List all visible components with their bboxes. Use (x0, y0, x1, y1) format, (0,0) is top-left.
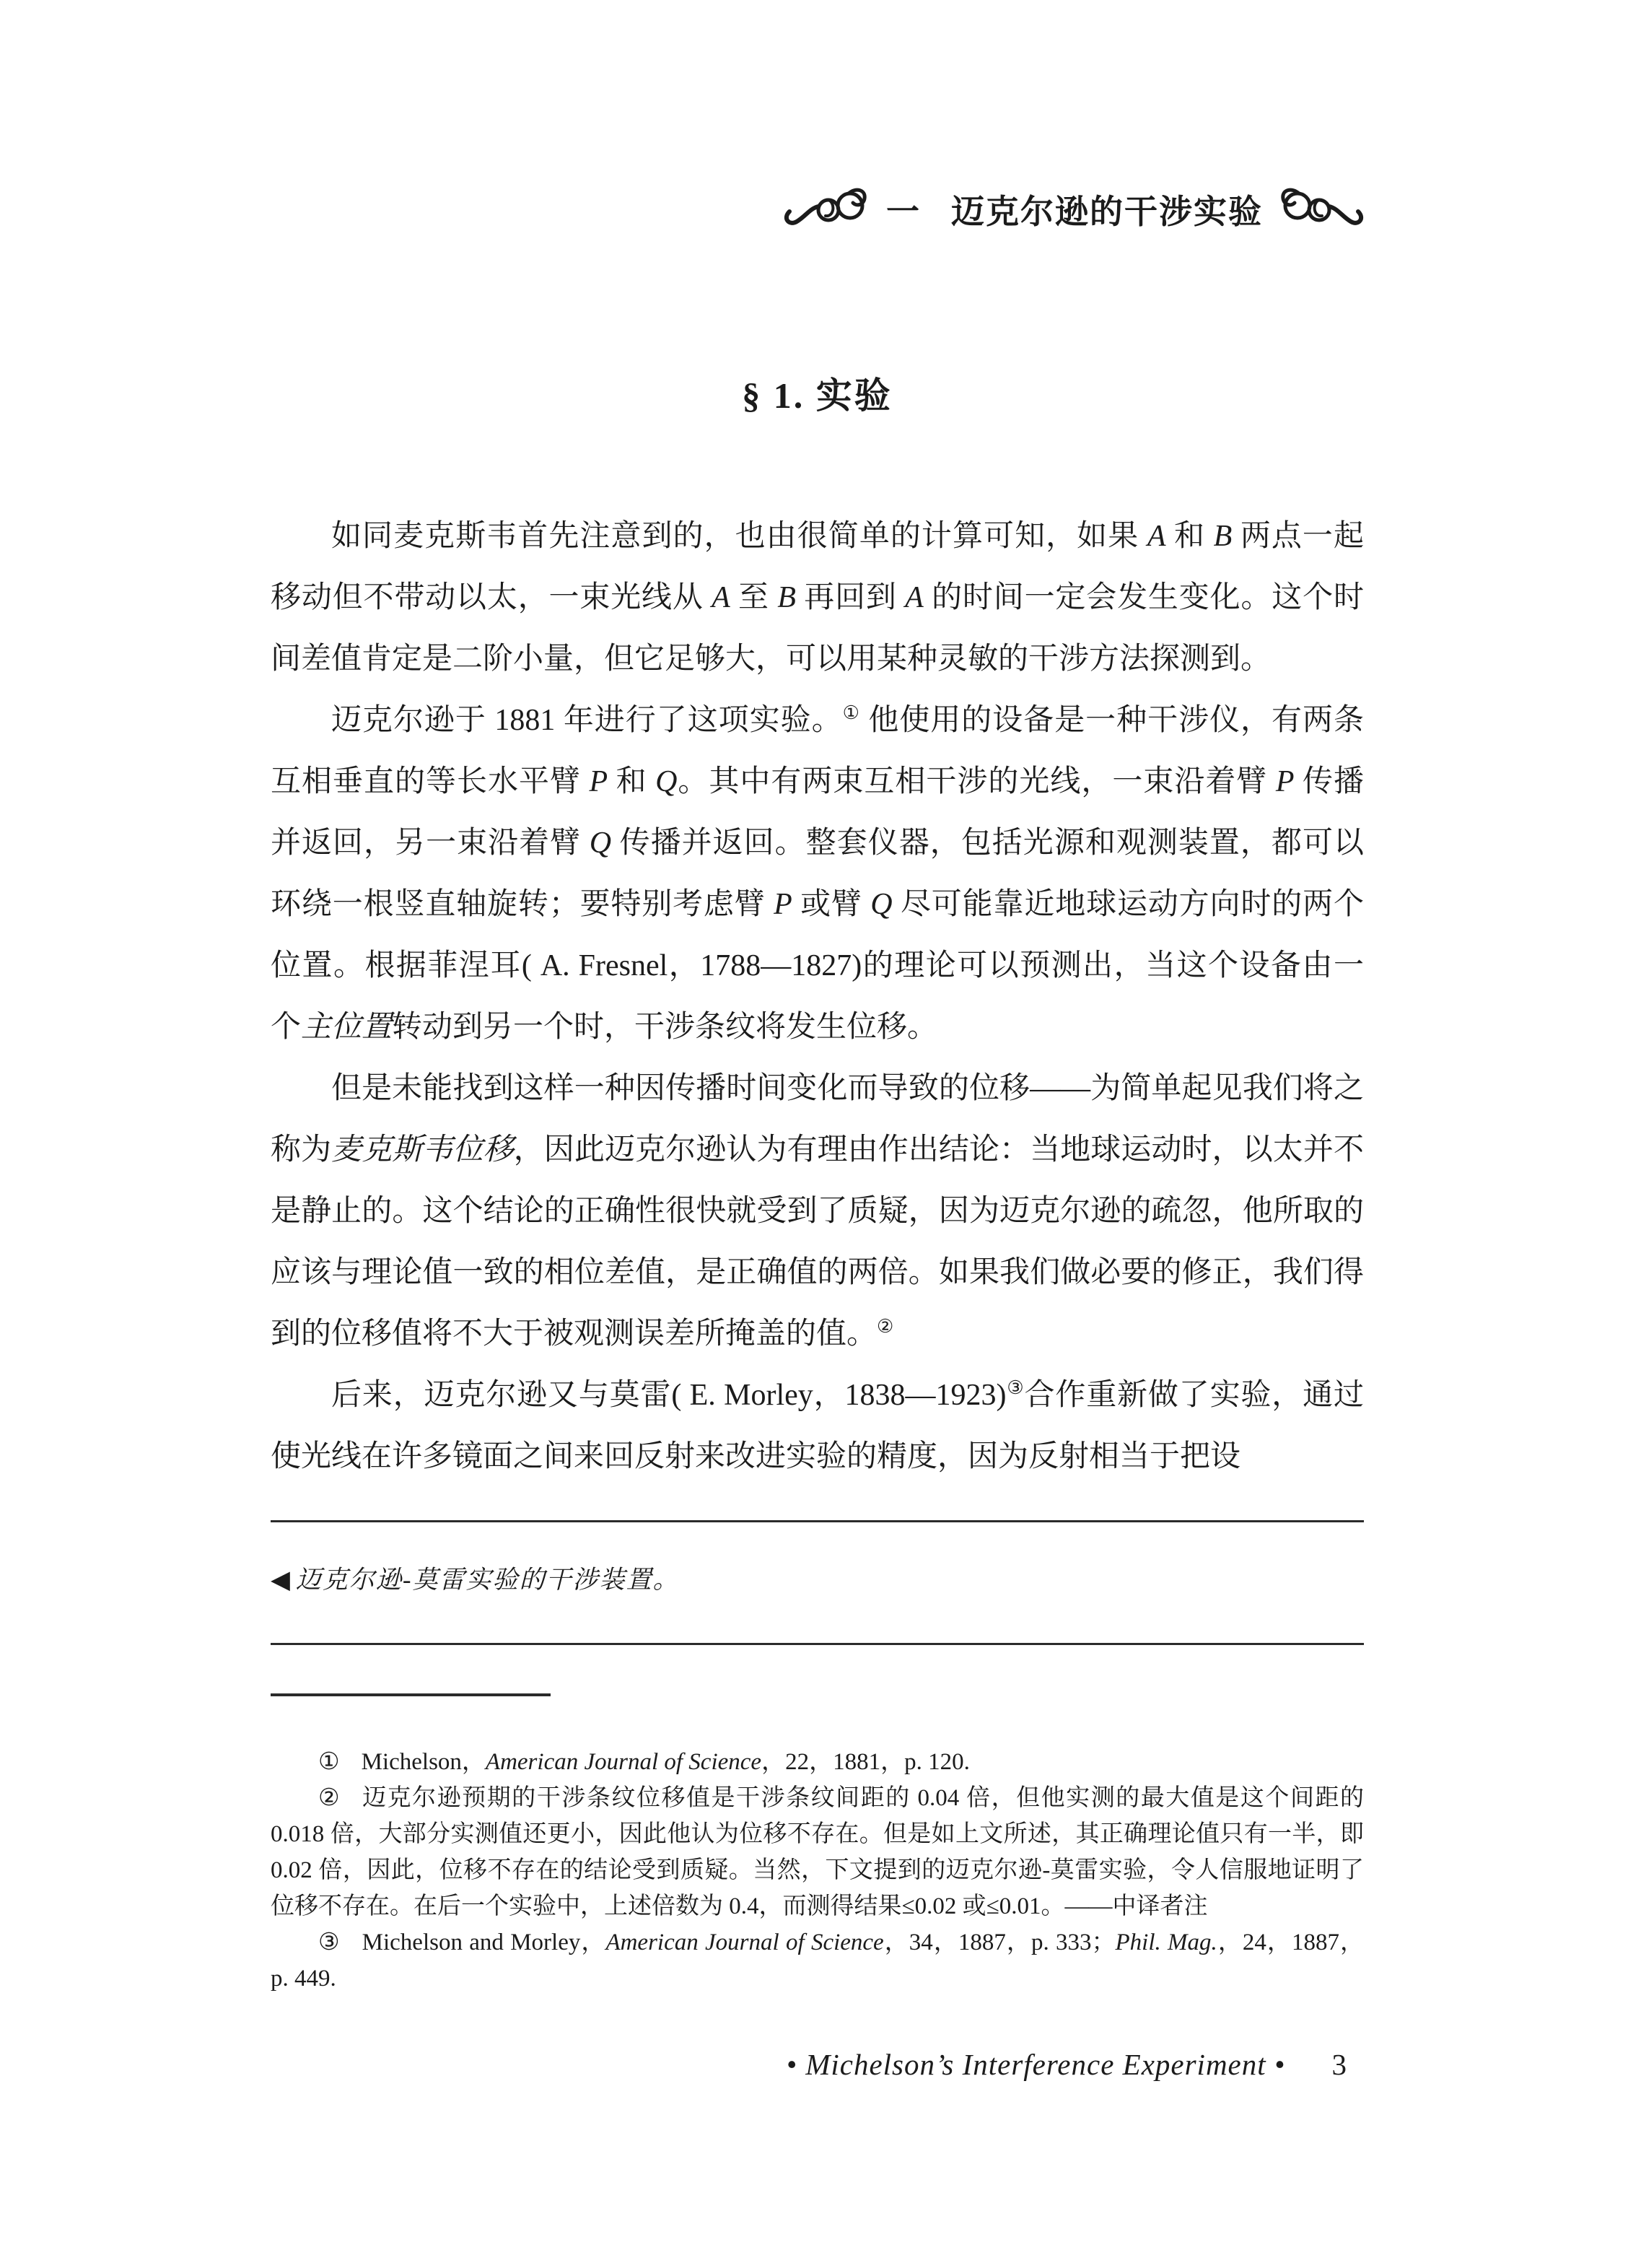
text-segment: 和 (1165, 520, 1213, 553)
body-paragraph: 如同麦克斯韦首先注意到的，也由很简单的计算可知，如果 A 和 B 两点一起移动但… (271, 506, 1364, 690)
footnotes: ①Michelson，American Journal of Science，2… (271, 1744, 1364, 1997)
text-segment: 迈克尔逊于 1881 年进行了这项实验。 (331, 704, 843, 737)
text-segment: 转动到另一个时，干涉条纹将发生位移。 (392, 1011, 937, 1044)
text-segment: B (777, 581, 796, 614)
figure-caption: ◀迈克尔逊-莫雷实验的干涉装置。 (271, 1563, 1364, 1597)
footnote-marker: ③ (318, 1929, 362, 1955)
footnote-marker: ① (318, 1749, 362, 1775)
text-segment: 和 (608, 765, 655, 798)
body-paragraph: 后来，迈克尔逊又与莫雷( E. Morley，1838—1923)③合作重新做了… (271, 1365, 1364, 1488)
text-segment: 如同麦克斯韦首先注意到的，也由很简单的计算可知，如果 (331, 520, 1147, 553)
text-segment: 麦克斯韦位移 (331, 1133, 514, 1166)
text-segment: 或臂 (792, 888, 870, 921)
caption-divider-bottom (271, 1643, 1364, 1645)
text-segment: Q (870, 888, 892, 921)
footnote-text: Michelson，American Journal of Science，22… (362, 1749, 970, 1775)
text-segment: American Journal of Science (605, 1929, 883, 1955)
body-paragraph: 迈克尔逊于 1881 年进行了这项实验。① 他使用的设备是一种干涉仪，有两条互相… (271, 690, 1364, 1058)
book-page: 一 迈克尔逊的干涉实验 § 1. 实验 如同麦克斯韦首先注意到的，也由很简单的计… (0, 0, 1628, 2268)
section-title: § 1. 实验 (271, 367, 1364, 419)
page-footer: • Michelson’s Interference Experiment • … (271, 2047, 1347, 2082)
text-segment: 至 (730, 581, 778, 614)
flourish-left-icon (784, 186, 875, 233)
text-segment: 。其中有两束互相干涉的光线，一束沿着臂 (677, 765, 1275, 798)
text-segment: ② (877, 1316, 893, 1337)
chapter-running-head: 一 迈克尔逊的干涉实验 (271, 179, 1364, 240)
text-segment: Michelson， (362, 1749, 486, 1775)
footnote-text: Michelson and Morley，American Journal of… (271, 1929, 1364, 1992)
footnote-item: ③Michelson and Morley，American Journal o… (271, 1924, 1364, 1997)
chapter-title: 迈克尔逊的干涉实验 (951, 186, 1263, 233)
footnote-marker: ② (318, 1785, 362, 1811)
text-segment: Phil. Mag. (1116, 1929, 1217, 1955)
text-segment: ① (843, 702, 860, 723)
footnote-text: 迈克尔逊预期的干涉条纹位移值是干涉条纹间距的 0.04 倍，但他实测的最大值是这… (271, 1785, 1364, 1919)
caption-divider-top (271, 1520, 1364, 1522)
text-segment: ③ (1006, 1377, 1024, 1398)
text-segment: Q (590, 826, 611, 860)
footnote-item: ①Michelson，American Journal of Science，2… (271, 1744, 1364, 1780)
text-segment: 主位置 (301, 1011, 392, 1044)
chapter-number: 一 (886, 186, 921, 233)
text-segment: A (1147, 520, 1166, 553)
body-text: 如同麦克斯韦首先注意到的，也由很简单的计算可知，如果 A 和 B 两点一起移动但… (271, 506, 1364, 1488)
text-segment: P (589, 765, 608, 798)
text-segment: 后来，迈克尔逊又与莫雷( E. Morley，1838—1923) (331, 1379, 1006, 1412)
flourish-right-icon (1273, 186, 1364, 233)
text-segment: A (905, 581, 924, 614)
footnote-divider (271, 1693, 551, 1696)
text-segment: P (1276, 765, 1295, 798)
body-paragraph: 但是未能找到这样一种因传播时间变化而导致的位移——为简单起见我们将之称为麦克斯韦… (271, 1058, 1364, 1365)
text-segment: 再回到 (796, 581, 905, 614)
text-segment: ，22，1881，p. 120. (761, 1749, 970, 1775)
text-segment: Michelson and Morley， (362, 1929, 606, 1955)
caption-triangle-icon: ◀ (271, 1566, 292, 1594)
footnote-item: ②迈克尔逊预期的干涉条纹位移值是干涉条纹间距的 0.04 倍，但他实测的最大值是… (271, 1780, 1364, 1924)
text-segment: B (1214, 520, 1233, 553)
figure-caption-text: 迈克尔逊-莫雷实验的干涉装置。 (296, 1566, 680, 1594)
text-segment: Q (655, 765, 677, 798)
text-segment: 迈克尔逊预期的干涉条纹位移值是干涉条纹间距的 0.04 倍，但他实测的最大值是这… (271, 1785, 1364, 1919)
text-segment: P (774, 888, 792, 921)
page-number: 3 (1332, 2047, 1347, 2082)
running-title: • Michelson’s Interference Experiment • (787, 2048, 1286, 2081)
text-segment: American Journal of Science (486, 1749, 761, 1775)
text-segment: ，34，1887，p. 333； (884, 1929, 1116, 1955)
text-segment: A (712, 581, 730, 614)
